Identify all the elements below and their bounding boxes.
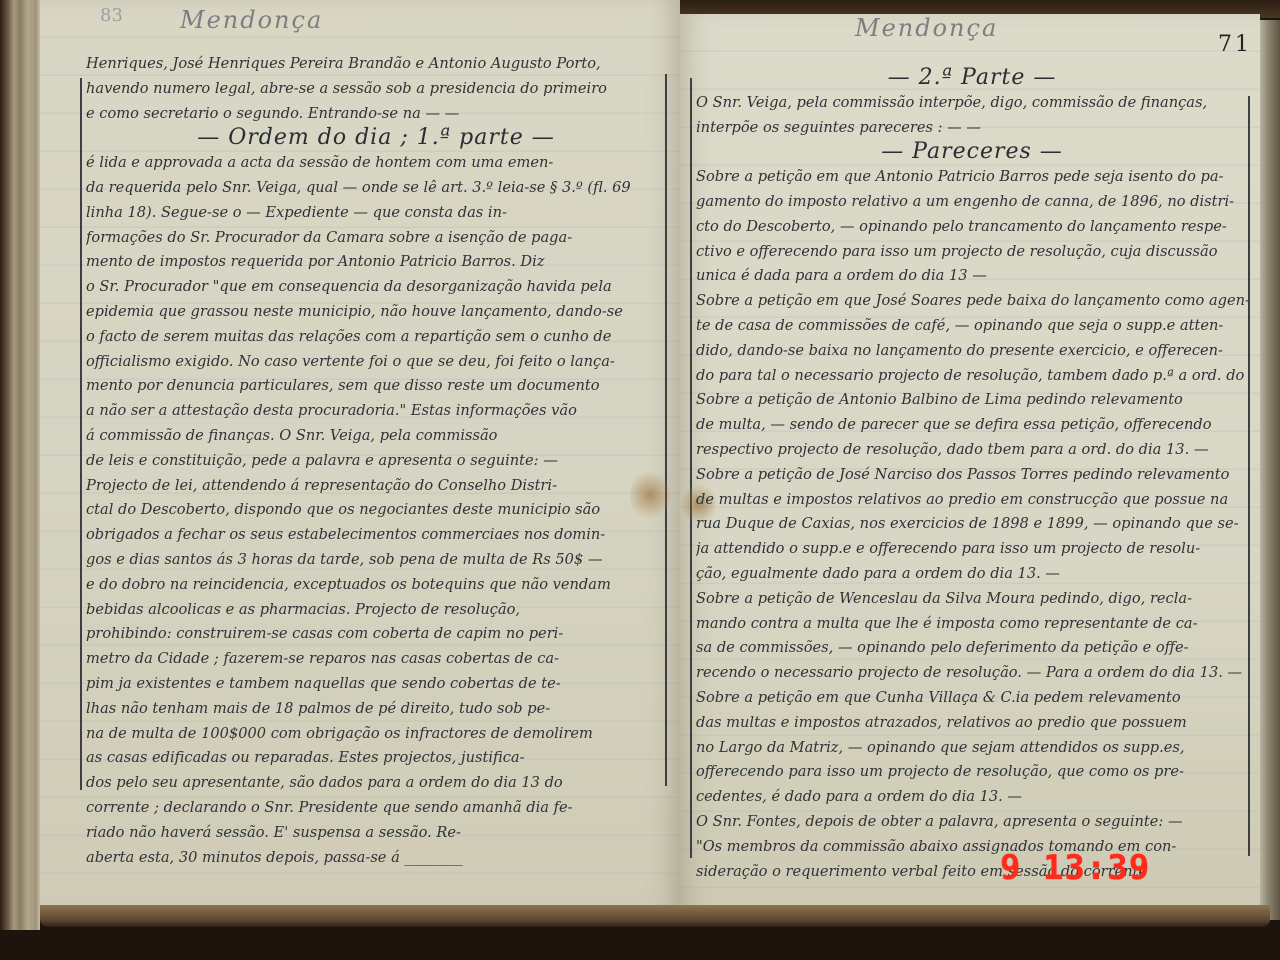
text-line: recendo o necessario projecto de resoluç… — [696, 661, 1248, 686]
text-line: Projecto de lei, attendendo á representa… — [86, 474, 666, 499]
text-line: cedentes, é dado para a ordem do dia 13.… — [696, 785, 1248, 810]
section-heading-2a-parte: — 2.ª Parte — — [696, 66, 1248, 91]
open-ledger-book: 83 Mendonça Henriques, José Henriques Pe… — [0, 0, 1280, 960]
text-line: da requerida pelo Snr. Veiga, qual — ond… — [86, 176, 666, 201]
text-line: dos pelo seu apresentante, são dados par… — [86, 771, 666, 796]
text-line: officialismo exigido. No caso vertente f… — [86, 350, 666, 375]
right-page: Mendonça — 2.ª Parte — O Snr. Veiga, pel… — [680, 14, 1260, 924]
text-line: "Os membros da commissão abaixo assignad… — [696, 835, 1248, 860]
text-line: de multa, — sendo de parecer que se defi… — [696, 413, 1248, 438]
text-line: offerecendo para isso um projecto de res… — [696, 760, 1248, 785]
text-line: ctal do Descoberto, dispondo que os nego… — [86, 498, 666, 523]
text-line: O Snr. Fontes, depois de obter a palavra… — [696, 810, 1248, 835]
text-line: sa de commissões, — opinando pelo deferi… — [696, 636, 1248, 661]
right-header-scrawl: Mendonça — [855, 14, 998, 42]
section-heading-ordem-do-dia: — Ordem do dia ; 1.ª parte — — [86, 126, 666, 151]
text-line: gamento do imposto relativo a um engenho… — [696, 190, 1248, 215]
text-line: o facto de serem muitas das relações com… — [86, 325, 666, 350]
text-line: rua Duque de Caxias, nos exercicios de 1… — [696, 512, 1248, 537]
text-line: as casas edificadas ou reparadas. Estes … — [86, 746, 666, 771]
text-line: Sobre a petição em que Antonio Patricio … — [696, 165, 1248, 190]
text-line: linha 18). Segue-se o — Expediente — que… — [86, 201, 666, 226]
text-line: obrigados a fechar os seus estabelecimen… — [86, 523, 666, 548]
text-line: do para tal o necessario projecto de res… — [696, 364, 1248, 389]
left-page-stack-edge — [0, 0, 40, 930]
text-line: Sobre a petição em que Cunha Villaça & C… — [696, 686, 1248, 711]
text-line: formações do Sr. Procurador da Camara so… — [86, 226, 666, 251]
section-heading-pareceres: — Pareceres — — [696, 140, 1248, 165]
text-line: dido, dando-se baixa no lançamento do pr… — [696, 339, 1248, 364]
text-line: no Largo da Matriz, — opinando que sejam… — [696, 736, 1248, 761]
left-header-scrawl: Mendonça — [180, 6, 323, 34]
text-line: na de multa de 100$000 com obrigação os … — [86, 722, 666, 747]
text-line: riado não haverá sessão. E' suspensa a s… — [86, 821, 666, 846]
text-line: gos e dias santos ás 3 horas da tarde, s… — [86, 548, 666, 573]
text-line: havendo numero legal, abre-se a sessão s… — [86, 77, 666, 102]
text-line: e como secretario o segundo. Entrando-se… — [86, 102, 666, 127]
text-line: O Snr. Veiga, pela commissão interpõe, d… — [696, 91, 1248, 116]
text-line: é lida e approvada a acta da sessão de h… — [86, 151, 666, 176]
text-line: aberta esta, 30 minutos depois, passa-se… — [86, 846, 666, 871]
text-line: cto do Descoberto, — opinando pelo tranc… — [696, 215, 1248, 240]
text-line: das multas e impostos atrazados, relativ… — [696, 711, 1248, 736]
text-line: de leis e constituição, pede a palavra e… — [86, 449, 666, 474]
text-line: mando contra a multa que lhe é imposta c… — [696, 612, 1248, 637]
text-line: de multas e impostos relativos ao predio… — [696, 488, 1248, 513]
text-line: bebidas alcoolicas e as pharmacias. Proj… — [86, 598, 666, 623]
book-bottom-edge — [40, 905, 1270, 927]
text-line: sideração o requerimento verbal feito em… — [696, 860, 1248, 885]
text-line: Sobre a petição de Antonio Balbino de Li… — [696, 388, 1248, 413]
text-line: Sobre a petição em que José Soares pede … — [696, 289, 1248, 314]
right-left-margin-line — [690, 78, 692, 858]
left-page-text: Henriques, José Henriques Pereira Brandã… — [86, 52, 666, 870]
text-line: Henriques, José Henriques Pereira Brandã… — [86, 52, 666, 77]
text-line: ção, egualmente dado para a ordem do dia… — [696, 562, 1248, 587]
text-line: mento de impostos requerida por Antonio … — [86, 250, 666, 275]
text-line: a não ser a attestação desta procuradori… — [86, 399, 666, 424]
text-line: prohibindo: construirem-se casas com cob… — [86, 622, 666, 647]
text-line: Sobre a petição de José Narciso dos Pass… — [696, 463, 1248, 488]
left-page: 83 Mendonça Henriques, José Henriques Pe… — [40, 0, 680, 915]
text-line: á commissão de finanças. O Snr. Veiga, p… — [86, 424, 666, 449]
text-line: pim ja existentes e tambem naquellas que… — [86, 672, 666, 697]
text-line: e do dobro na reincidencia, exceptuados … — [86, 573, 666, 598]
text-line: metro da Cidade ; fazerem-se reparos nas… — [86, 647, 666, 672]
page-number: 71 — [1218, 32, 1252, 57]
text-line: ja attendido o supp.e e offerecendo para… — [696, 537, 1248, 562]
right-right-margin-line — [1248, 96, 1250, 856]
left-folio-mark: 83 — [100, 5, 123, 26]
text-line: corrente ; declarando o Snr. Presidente … — [86, 796, 666, 821]
text-line: epidemia que grassou neste municipio, nã… — [86, 300, 666, 325]
text-line: unica é dada para a ordem do dia 13 — — [696, 264, 1248, 289]
camera-timestamp-overlay: 9 13:39 — [1000, 848, 1150, 888]
text-line: interpõe os seguintes pareceres : — — — [696, 116, 1248, 141]
text-line: lhas não tenham mais de 18 palmos de pé … — [86, 697, 666, 722]
right-page-text: — 2.ª Parte — O Snr. Veiga, pela commiss… — [696, 66, 1248, 884]
text-line: ctivo e offerecendo para isso um project… — [696, 240, 1248, 265]
text-line: respectivo projecto de resolução, dado t… — [696, 438, 1248, 463]
left-margin-line — [80, 78, 82, 790]
text-line: Sobre a petição de Wenceslau da Silva Mo… — [696, 587, 1248, 612]
text-line: te de casa de commissões de café, — opin… — [696, 314, 1248, 339]
text-line: mento por denuncia particulares, sem que… — [86, 374, 666, 399]
right-page-stack-edge — [1260, 20, 1280, 920]
text-line: o Sr. Procurador "que em consequencia da… — [86, 275, 666, 300]
